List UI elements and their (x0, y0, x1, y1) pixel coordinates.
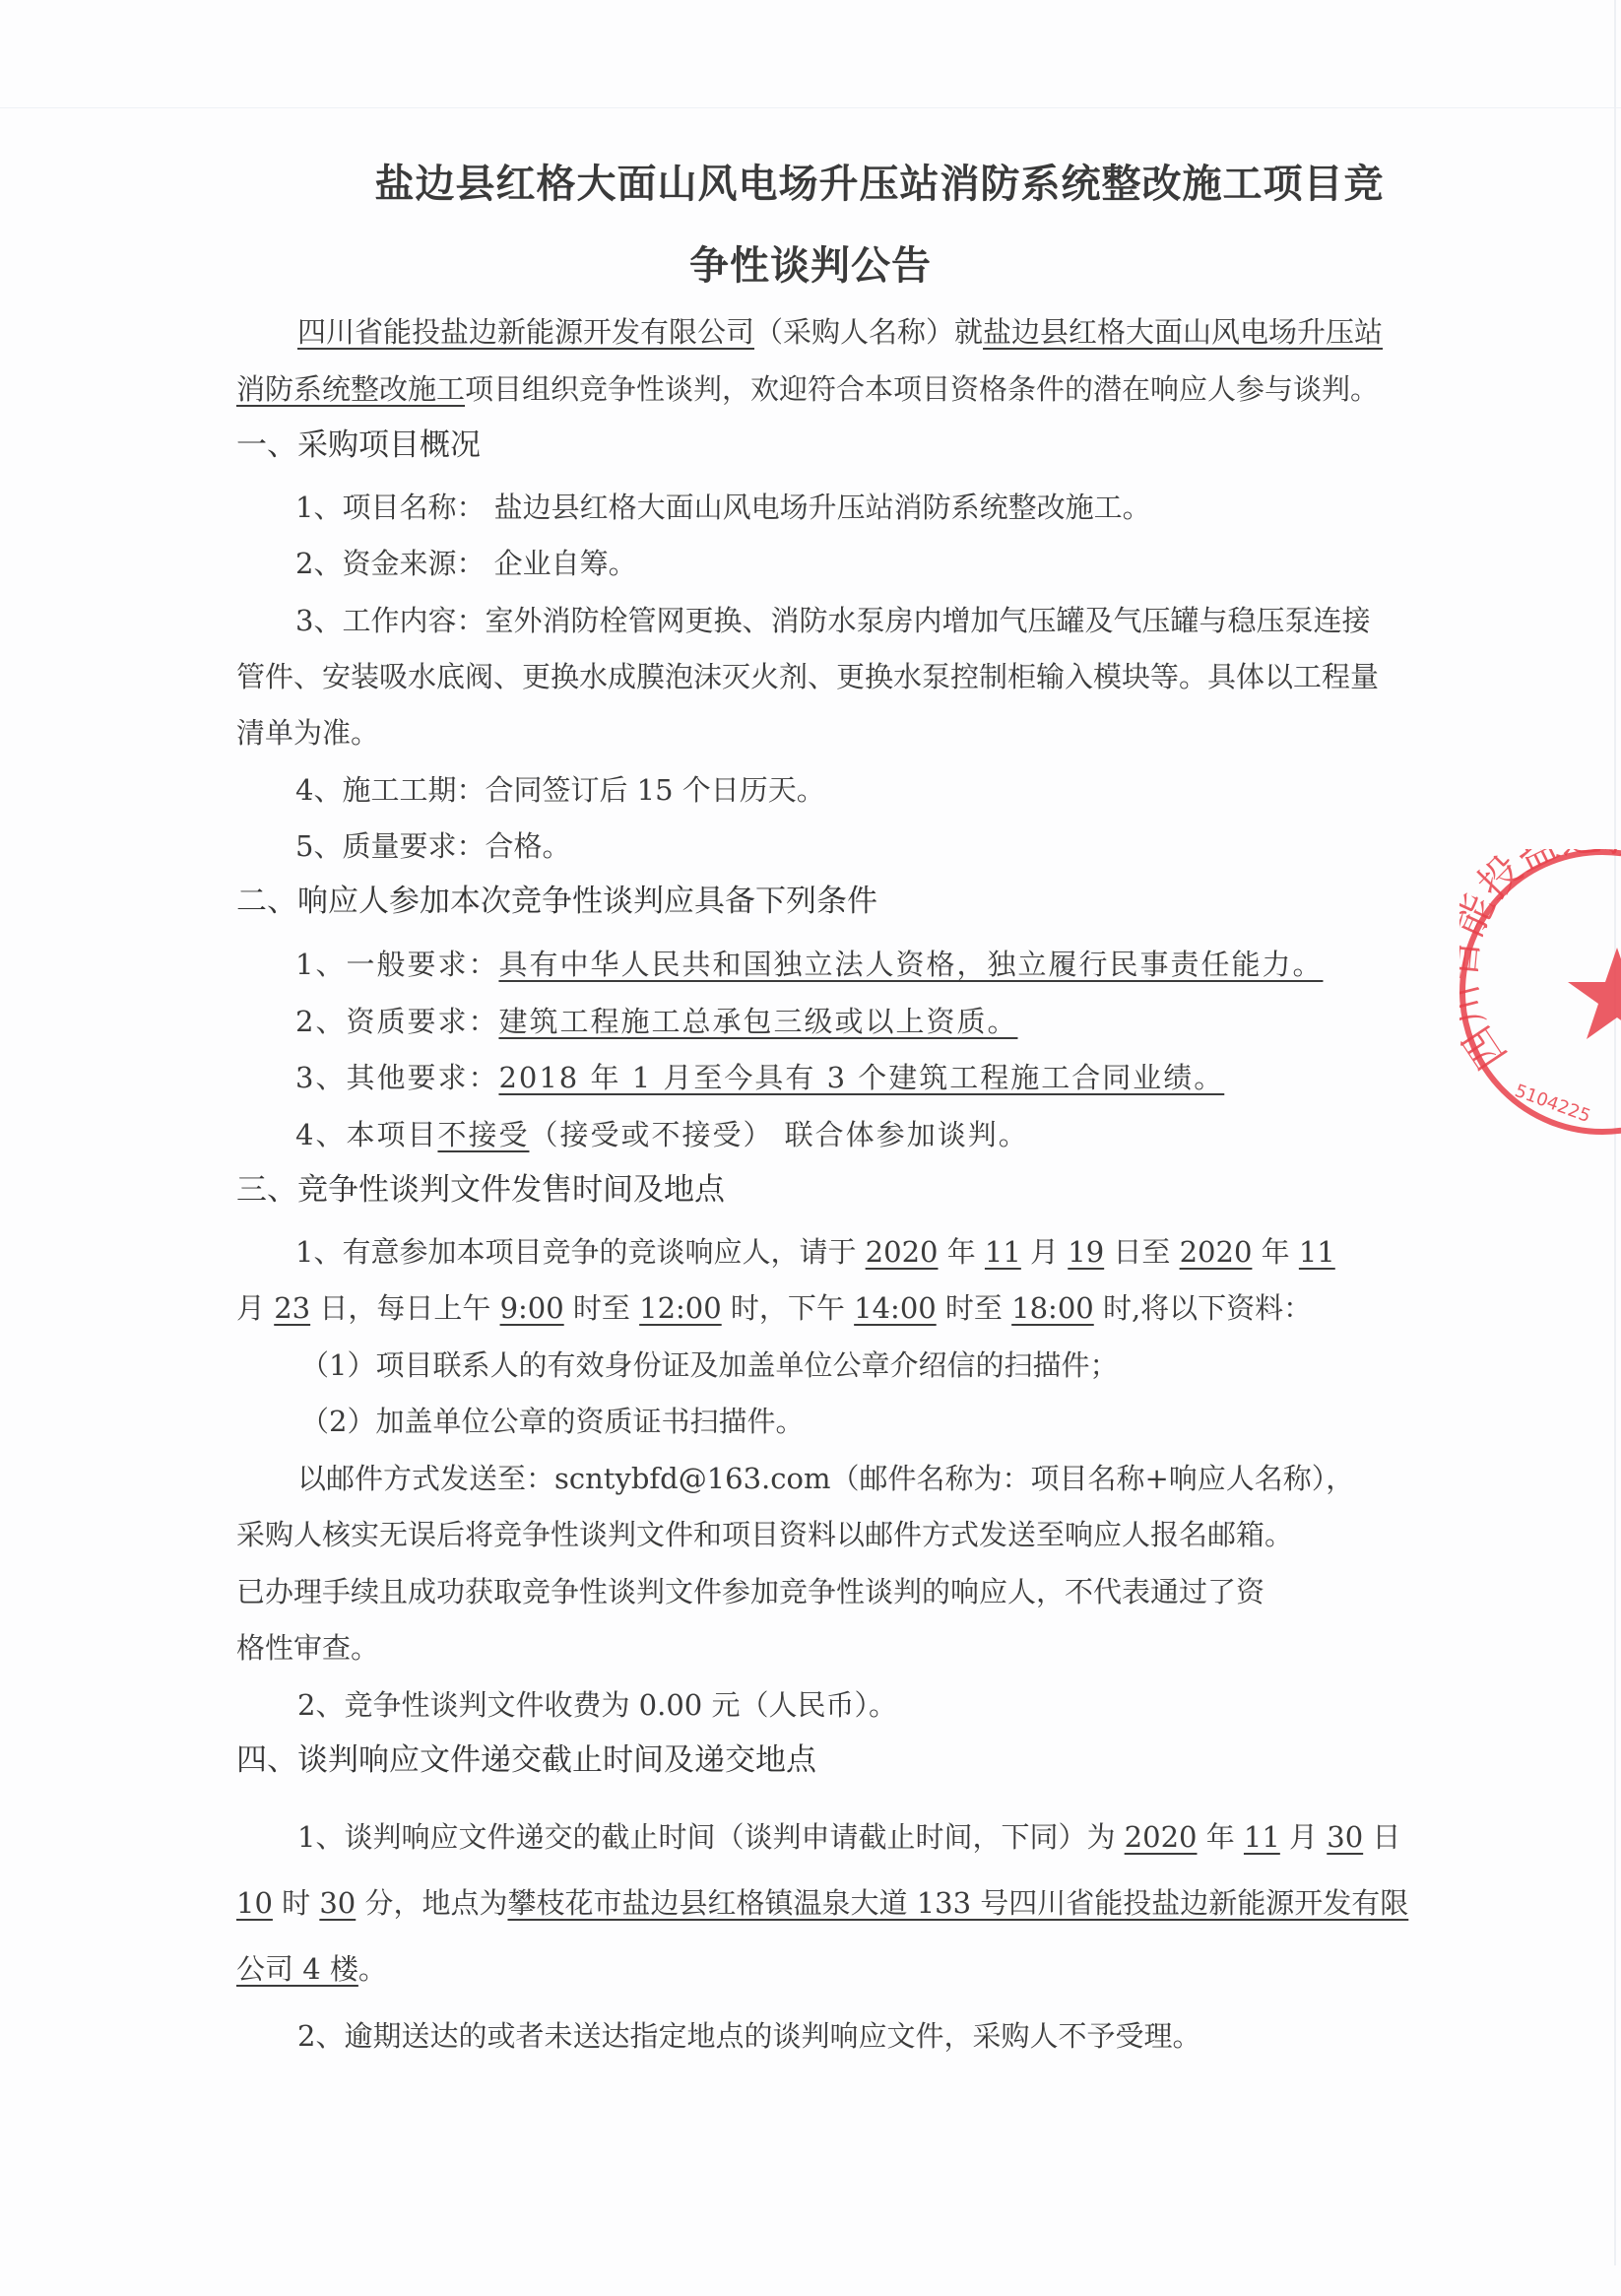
intro-line1: 四川省能投盐边新能源开发有限公司（采购人名称）就盐边县红格大面山风电场升压站 (297, 315, 1383, 349)
s1-item-quality: 5、质量要求：合格。 (295, 829, 570, 863)
section4-heading: 四、谈判响应文件递交截止时间及递交地点 (236, 1742, 816, 1778)
s2-item-consortium: 4、本项目不接受（接受或不接受） 联合体参加谈判。 (295, 1118, 1029, 1151)
s3-sale-period-line1: 1、有意参加本项目竞争的竞谈响应人，请于 2020 年 11 月 19 日至 2… (295, 1235, 1335, 1269)
s1-item-duration: 4、施工工期：合同签订后 15 个日历天。 (295, 773, 825, 807)
official-seal-stamp: 四川省能投盐边新 5104225 (1459, 849, 1621, 1135)
s4-deadline-line1: 1、谈判响应文件递交的截止时间（谈判申请截止时间，下同）为 2020 年 11 … (297, 1820, 1400, 1854)
s2-item-other: 3、其他要求：2018 年 1 月至今具有 3 个建筑工程施工合同业绩。 (295, 1061, 1224, 1094)
s1-item-funding: 2、资金来源： 企业自筹。 (295, 547, 637, 580)
seal-icon: 四川省能投盐边新 5104225 (1459, 849, 1621, 1135)
project-name-part2: 消防系统整改施工 (236, 372, 465, 406)
s3-sub-item-1: （1）项目联系人的有效身份证及加盖单位公章介绍信的扫描件； (300, 1348, 1118, 1382)
document-title-line2: 争性谈判公告 (0, 234, 1621, 291)
s4-deadline-line2: 10 时 30 分，地点为攀枝花市盐边县红格镇温泉大道 133 号四川省能投盐边… (236, 1886, 1408, 1920)
scan-artifact-line (0, 107, 1621, 108)
s3-email-line4: 格性审查。 (236, 1631, 379, 1665)
project-name-part1: 盐边县红格大面山风电场升压站 (983, 315, 1383, 349)
section1-heading: 一、采购项目概况 (236, 427, 481, 463)
s3-fee: 2、竞争性谈判文件收费为 0.00 元（人民币）。 (297, 1688, 897, 1722)
s4-deadline-line3: 公司 4 楼。 (236, 1952, 387, 1986)
intro-line2: 消防系统整改施工项目组织竞争性谈判，欢迎符合本项目资格条件的潜在响应人参与谈判。 (236, 372, 1379, 406)
purchaser-name: 四川省能投盐边新能源开发有限公司 (297, 315, 754, 349)
s1-item-work-content-cont2: 清单为准。 (236, 716, 379, 750)
section2-heading: 二、响应人参加本次竞争性谈判应具备下列条件 (236, 884, 877, 919)
s2-item-general: 1、一般要求：具有中华人民共和国独立法人资格，独立履行民事责任能力。 (295, 948, 1323, 981)
s3-email-line1: 以邮件方式发送至：scntybfd@163.com（邮件名称为：项目名称+响应人… (297, 1462, 1354, 1495)
s1-item-work-content-cont1: 管件、安装吸水底阀、更换水成膜泡沫灭火剂、更换水泵控制柜输入模块等。具体以工程量 (236, 660, 1379, 693)
s3-email-line2: 采购人核实无误后将竞争性谈判文件和项目资料以邮件方式发送至响应人报名邮箱。 (236, 1518, 1293, 1551)
svg-text:四川省能投盐边新: 四川省能投盐边新 (1459, 849, 1621, 1079)
s3-sale-period-line2: 月 23 日，每日上午 9:00 时至 12:00 时，下午 14:00 时至 … (236, 1291, 1312, 1325)
s1-item-work-content: 3、工作内容：室外消防栓管网更换、消防水泵房内增加气压罐及气压罐与稳压泵连接 (295, 604, 1370, 637)
s3-sub-item-2: （2）加盖单位公章的资质证书扫描件。 (300, 1405, 804, 1438)
s1-item-project-name: 1、项目名称： 盐边县红格大面山风电场升压站消防系统整改施工。 (295, 491, 1151, 524)
s3-email-line3: 已办理手续且成功获取竞争性谈判文件参加竞争性谈判的响应人，不代表通过了资 (236, 1575, 1264, 1608)
s2-item-qualification: 2、资质要求：建筑工程施工总承包三级或以上资质。 (295, 1005, 1017, 1038)
document-title-line1: 盐边县红格大面山风电场升压站消防系统整改施工项目竞 (69, 153, 1621, 209)
submission-address: 攀枝花市盐边县红格镇温泉大道 133 号四川省能投盐边新能源开发有限 (507, 1886, 1408, 1920)
s4-late-submission: 2、逾期送达的或者未送达指定地点的谈判响应文件，采购人不予受理。 (297, 2019, 1200, 2053)
section3-heading: 三、竞争性谈判文件发售时间及地点 (236, 1172, 725, 1208)
